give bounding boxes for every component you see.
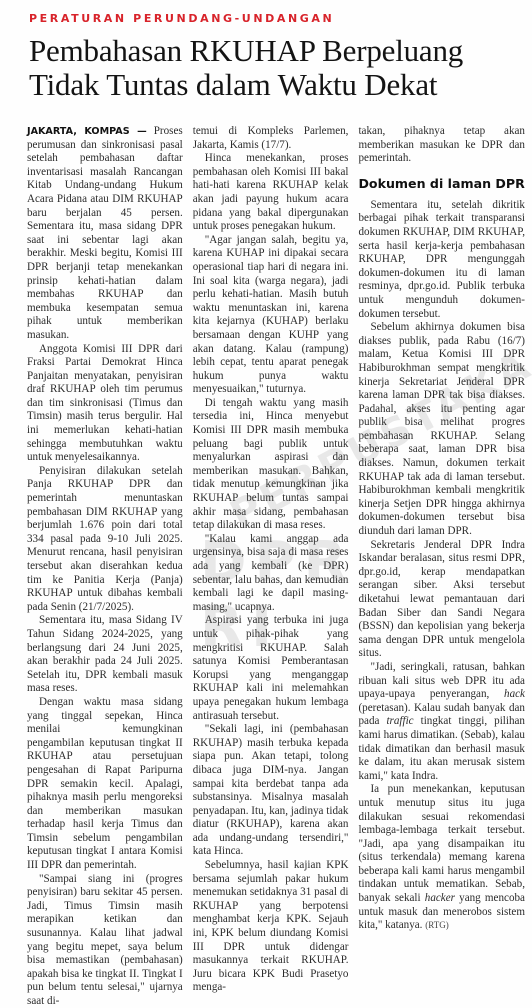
paragraph: Sebelum akhirnya dokumen bisa diakses pu… <box>358 321 525 539</box>
paragraph: "Sekali lagi, ini (pembahasan RKUHAP) ma… <box>193 723 349 859</box>
column-2: temui di Kompleks Parlemen, Jakarta, Kam… <box>193 125 349 955</box>
paragraph: Penyisiran dilakukan setelah Panja RKUHA… <box>27 465 183 615</box>
newspaper-clipping: PERATURAN PERUNDANG-UNDANGAN Pembahasan … <box>0 0 532 1008</box>
headline-line-1: Pembahasan RKUHAP Berpeluang <box>29 33 463 68</box>
article-body: JAKARTA, KOMPAS — Proses perumusan dan s… <box>27 125 525 955</box>
paragraph: Dengan waktu masa sidang yang tinggal se… <box>27 696 183 873</box>
paragraph: "Jadi, seringkali, ratusan, bahkan ribua… <box>358 661 525 783</box>
paragraph: temui di Kompleks Parlemen, Jakarta, Kam… <box>193 125 349 152</box>
paragraph: Sementara itu, setelah dikritik berbagai… <box>358 199 525 321</box>
headline-line-2: Tidak Tuntas dalam Waktu Dekat <box>29 67 437 102</box>
lead-paragraph: JAKARTA, KOMPAS — Proses perumusan dan s… <box>27 125 183 343</box>
paragraph: Di tengah waktu yang masih tersedia ini,… <box>193 397 349 533</box>
paragraph: Sekretaris Jenderal DPR Indra Iskandar b… <box>358 539 525 661</box>
headline: Pembahasan RKUHAP Berpeluang Tidak Tunta… <box>29 34 529 102</box>
paragraph: "Kalau kami anggap ada urgensinya, bisa … <box>193 533 349 615</box>
dateline: JAKARTA, KOMPAS — <box>27 126 147 137</box>
paragraph: Ia pun menekankan, keputusan untuk menut… <box>358 783 525 933</box>
section-kicker: PERATURAN PERUNDANG-UNDANGAN <box>29 12 334 25</box>
column-1: JAKARTA, KOMPAS — Proses perumusan dan s… <box>27 125 183 955</box>
paragraph: "Sampai siang ini (progres penyisiran) b… <box>27 873 183 1008</box>
paragraph: Aspirasi yang terbuka ini juga untuk pih… <box>193 614 349 723</box>
subheading: Dokumen di laman DPR <box>358 176 525 191</box>
paragraph: Hinca menekankan, proses pembahasan oleh… <box>193 152 349 234</box>
column-3: takan, pihaknya tetap akan memberikan ma… <box>358 125 525 955</box>
author-credit: (RTG) <box>425 920 448 930</box>
paragraph: Sementara itu, masa Sidang IV Tahun Sida… <box>27 614 183 696</box>
paragraph: "Agar jangan salah, begitu ya, karena KU… <box>193 234 349 397</box>
paragraph: takan, pihaknya tetap akan memberikan ma… <box>358 125 525 166</box>
paragraph: Sebelumnya, hasil kajian KPK bersama sej… <box>193 859 349 995</box>
paragraph: Anggota Komisi III DPR dari Fraksi Parta… <box>27 343 183 465</box>
